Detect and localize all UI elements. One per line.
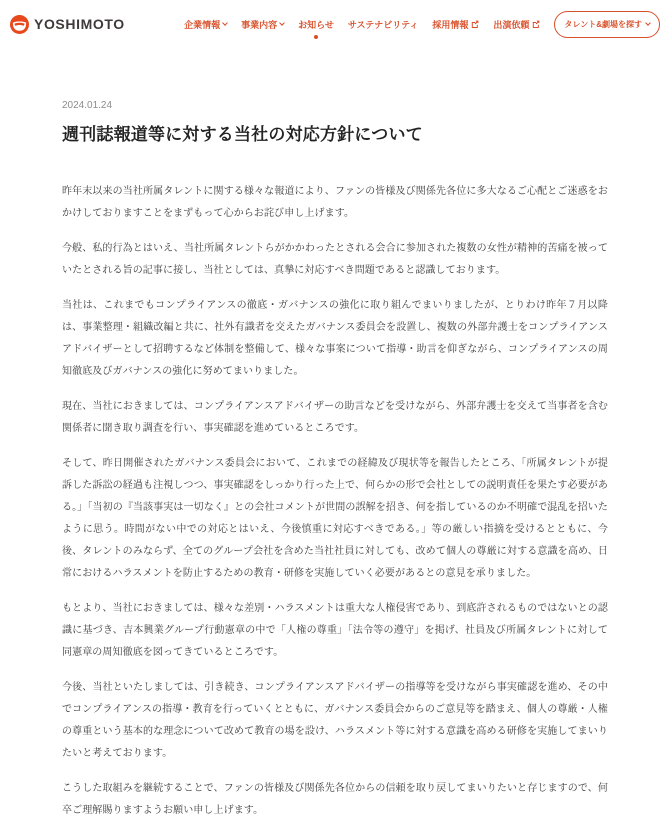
nav-item-recruit[interactable]: 採用情報 [432,18,479,31]
yoshimoto-face-icon [10,15,29,34]
paragraph: 昨年末以来の当社所属タレントに関する様々な報道により、ファンの皆様及び関係先各位… [62,181,608,225]
external-link-icon [471,20,479,28]
chevron-down-icon [222,20,228,26]
cta-label: タレント&劇場を探す [564,19,642,30]
main-nav: 企業情報 事業内容 お知らせ サステナビリティ 採用情報 出演依頼 [184,11,660,38]
paragraph: もとより、当社におきましては、様々な差別・ハラスメントは重大な人権侵害であり、到… [62,598,608,664]
paragraph: こうした取組みを継続することで、ファンの皆様及び関係先各位からの信頼を取り戻して… [62,778,608,818]
nav-label: 企業情報 [184,18,220,31]
press-release-article: 2024.01.24 週刊誌報道等に対する当社の対応方針について 昨年末以来の当… [62,100,608,818]
nav-label: サステナビリティ [348,18,419,31]
nav-item-business[interactable]: 事業内容 [241,18,284,31]
yoshimoto-logo[interactable]: YOSHIMOTO [10,15,125,34]
nav-label: 出演依頼 [493,18,529,31]
talent-theater-search-button[interactable]: タレント&劇場を探す [554,11,660,38]
active-page-dot [314,35,318,39]
page-title: 週刊誌報道等に対する当社の対応方針について [62,120,608,145]
nav-item-corporate-info[interactable]: 企業情報 [184,18,227,31]
nav-item-news[interactable]: お知らせ [298,18,334,31]
paragraph: そして、昨日開催されたガバナンス委員会において、これまでの経緯及び現状等を報告し… [62,453,608,585]
article-date: 2024.01.24 [62,100,608,111]
logo-wordmark: YOSHIMOTO [34,16,125,32]
nav-label: お知らせ [298,18,334,31]
external-link-icon [532,20,540,28]
nav-label: 事業内容 [241,18,277,31]
paragraph: 今般、私的行為とはいえ、当社所属タレントらがかかわったとされる会合に参加された複… [62,238,608,282]
nav-item-sustainability[interactable]: サステナビリティ [348,18,419,31]
nav-item-booking[interactable]: 出演依頼 [493,18,540,31]
paragraph: 当社は、これまでもコンプライアンスの徹底・ガバナンスの強化に取り組んでまいりまし… [62,295,608,383]
paragraph: 現在、当社におきましては、コンプライアンスアドバイザーの助言などを受けながら、外… [62,396,608,440]
paragraph: 今後、当社といたしましては、引き続き、コンプライアンスアドバイザーの指導等を受け… [62,677,608,765]
site-header: YOSHIMOTO 企業情報 事業内容 お知らせ サステナビリティ 採用情報 [0,0,670,48]
nav-label: 採用情報 [432,18,468,31]
chevron-down-icon [645,20,651,26]
chevron-down-icon [279,20,285,26]
article-body: 昨年末以来の当社所属タレントに関する様々な報道により、ファンの皆様及び関係先各位… [62,181,608,818]
